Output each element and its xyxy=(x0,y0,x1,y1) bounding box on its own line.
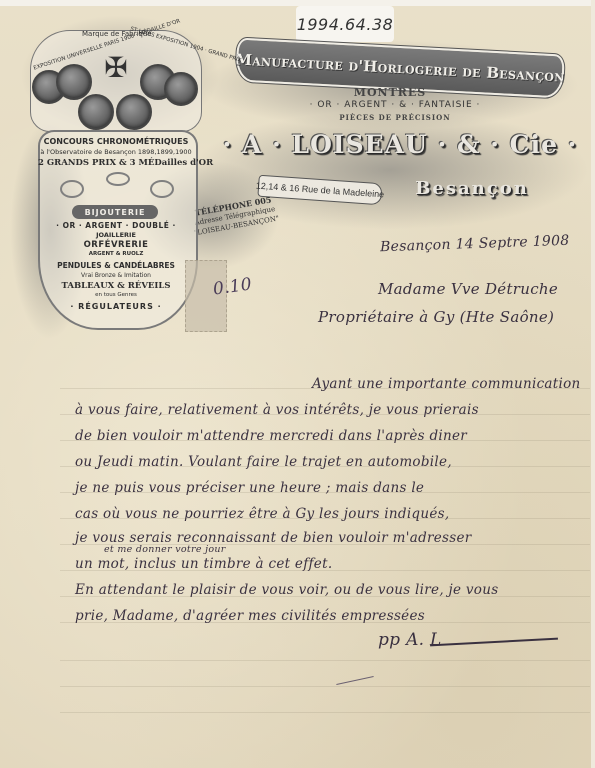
medal-icon xyxy=(164,72,198,106)
ruled-line xyxy=(60,660,590,661)
medal-icon xyxy=(116,94,152,130)
city-name: Besançon xyxy=(392,178,552,199)
grands-prix-line: 2 GRANDS PRIX & 3 MÉDailles d'OR xyxy=(38,158,194,168)
medal-icon xyxy=(78,94,114,130)
montres-heading: MONTRES xyxy=(330,86,450,99)
banner-title: Manufacture d'Horlogerie de Besançon xyxy=(235,50,565,85)
tableaux-reveils: TABLEAUX & RÉVEILS xyxy=(38,281,194,291)
recipient-location: Propriétaire à Gy (Hte Saône) xyxy=(318,308,554,326)
orfevrerie: ORFÉVRERIE xyxy=(38,240,194,250)
observatoire-line: à l'Observatoire de Besançon 1898,1899,1… xyxy=(38,148,194,156)
ruled-line xyxy=(60,686,590,687)
regulateurs: · RÉGULATEURS · xyxy=(38,302,194,311)
bijouterie-pill: BIJOUTERIE xyxy=(72,205,158,219)
eagle-trademark-icon: ✠ xyxy=(100,52,132,86)
pieces-precision-line: PIÈCES DE PRÉCISION xyxy=(310,113,480,122)
scan-right-edge xyxy=(591,0,595,768)
flourish-ornament xyxy=(106,172,130,186)
pendules-candelabres: PENDULES & CANDÉLABRES xyxy=(38,261,194,270)
medal-icon xyxy=(56,64,92,100)
tous-genres: en tous Genres xyxy=(38,292,194,298)
flourish-ornament xyxy=(150,180,174,198)
joaillerie: JOAILLERIE xyxy=(38,231,194,239)
archive-accession-label: 1994.64.38 xyxy=(296,6,394,42)
concours-heading: CONCOURS CHRONOMÉTRIQUES xyxy=(38,137,194,146)
argent-ruolz: ARGENT & RUOLZ xyxy=(38,251,194,257)
recipient-name: Madame Vve Détruche xyxy=(378,280,558,298)
body-line: à vous faire, relativement à vos intérêt… xyxy=(75,402,479,418)
body-line: cas où vous ne pourriez être à Gy les jo… xyxy=(75,506,449,522)
body-line: En attendant le plaisir de vous voir, ou… xyxy=(75,582,498,598)
body-insertion: et me donner votre jour xyxy=(104,544,226,555)
signature: pp A. L xyxy=(378,630,442,650)
materials-line: · OR · ARGENT · & · FANTAISIE · xyxy=(290,100,500,110)
body-line: ou Jeudi matin. Voulant faire le trajet … xyxy=(75,454,452,470)
flourish-ornament xyxy=(60,180,84,198)
company-name: · A · LOISEAU · & · Cie · xyxy=(215,130,585,159)
body-line: prie, Madame, d'agréer mes civilités emp… xyxy=(75,608,425,624)
body-line: un mot, inclus un timbre à cet effet. xyxy=(75,556,332,572)
vrai-bronze: Vrai Bronze & Imitation xyxy=(38,272,194,279)
scan-top-edge xyxy=(0,0,595,6)
or-argent-double: · OR · ARGENT · DOUBLÉ · xyxy=(38,221,194,230)
ruled-line xyxy=(60,712,590,713)
body-line: de bien vouloir m'attendre mercredi dans… xyxy=(75,428,467,444)
body-line: je ne puis vous préciser une heure ; mai… xyxy=(75,480,424,496)
body-line: Ayant une importante communication xyxy=(312,376,581,392)
